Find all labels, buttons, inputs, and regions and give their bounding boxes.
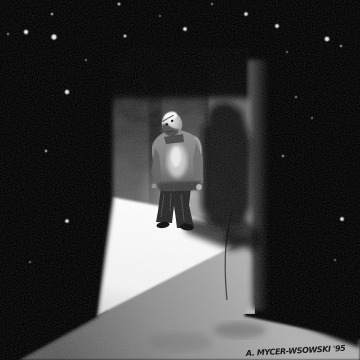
artwork-canvas: A. MYCER-WSOWSKI '95 bbox=[0, 0, 360, 360]
grain-texture bbox=[0, 0, 360, 360]
